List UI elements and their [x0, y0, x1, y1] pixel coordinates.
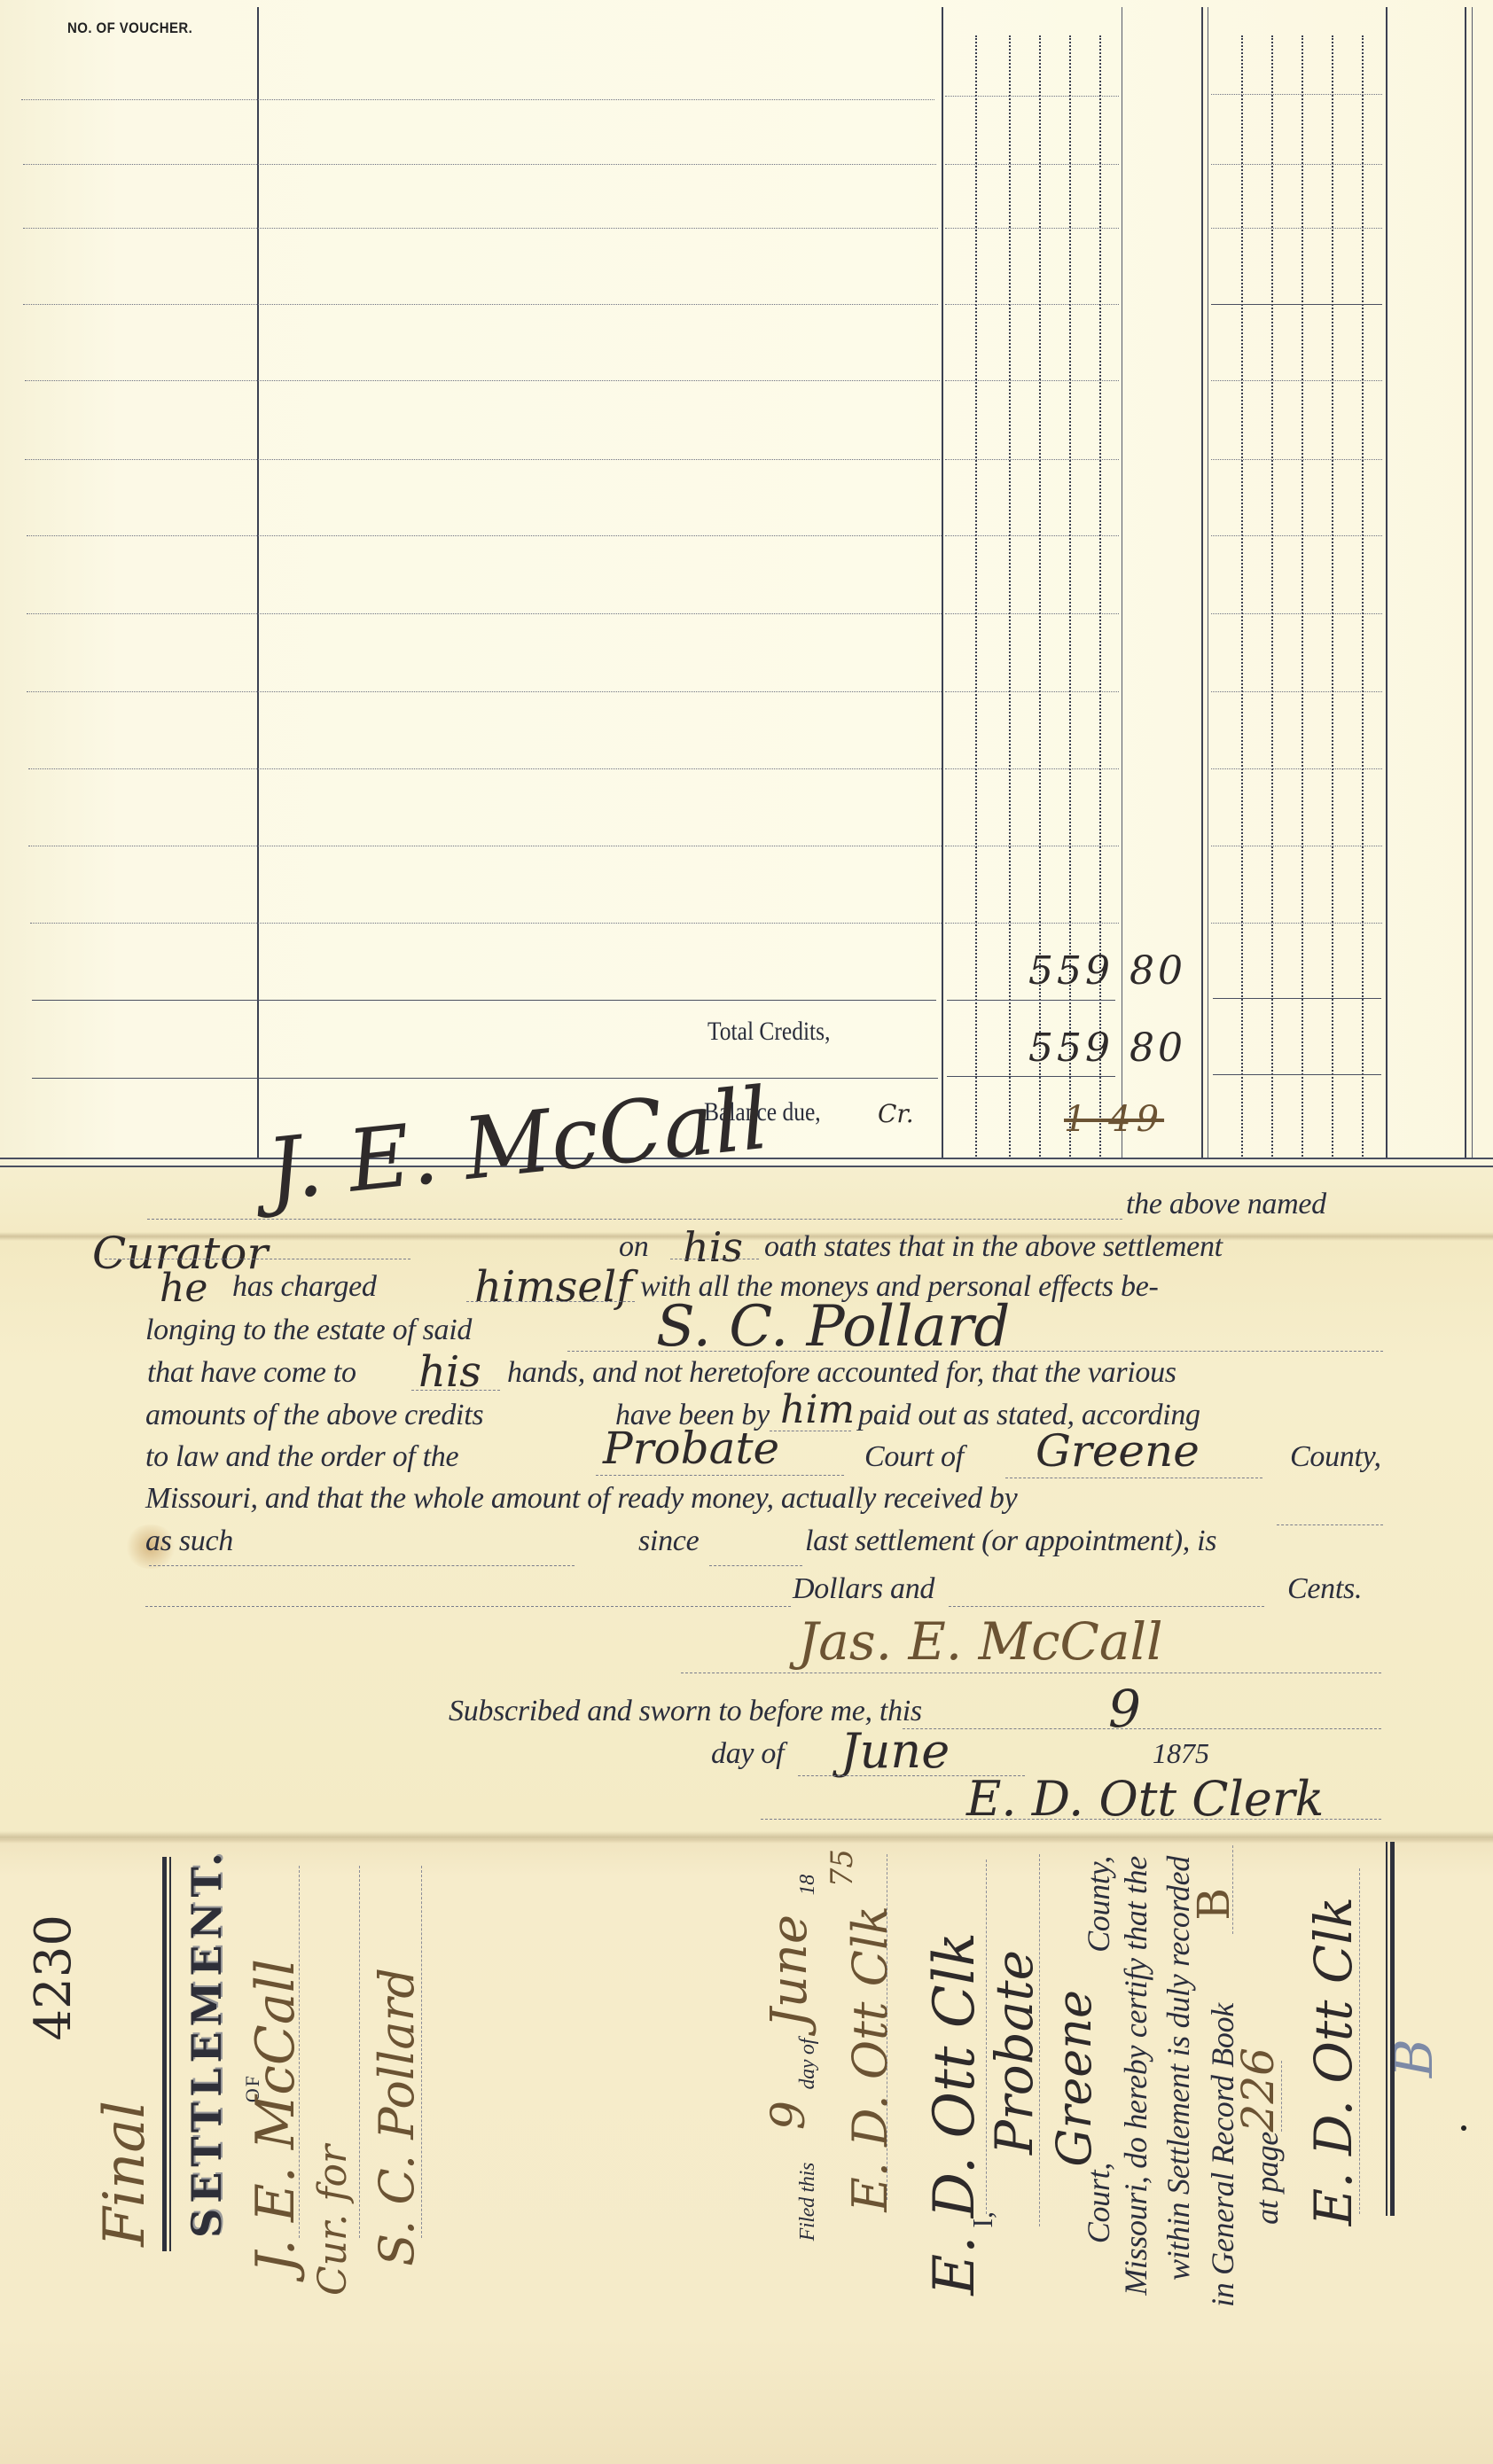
filed-month: June [761, 1914, 818, 2028]
final-note: Final [92, 2101, 158, 2247]
cert-court-handwritten: Probate [984, 1950, 1044, 2155]
oath-text: County, [1290, 1440, 1381, 1474]
oath-text: Court of [864, 1440, 964, 1474]
amount-digit-guide [1009, 35, 1011, 1157]
cert-text: Missouri, do hereby certify that the [1117, 1856, 1154, 2296]
affiant-signature: Jas. E. McCall [798, 1611, 1163, 1672]
oath-text: hands, and not heretofore accounted for,… [507, 1356, 1176, 1390]
blank-line [466, 1301, 635, 1302]
estate-name-handwritten: S. C. Pollard [656, 1294, 1010, 1360]
settler-name: J. E. McCall [245, 1959, 307, 2273]
balance-due-amount: 1 49 [1064, 1099, 1164, 1140]
filed-label: Filed this [796, 2163, 820, 2241]
cert-clerk-final-signature: E. D. Ott Clk [1303, 1897, 1364, 2226]
ink-dot [1461, 2125, 1466, 2131]
estate-name: S. C. Pollard [369, 1968, 425, 2266]
amount-digit-guide [1271, 35, 1273, 1157]
oath-text: last settlement (or appointment), is [805, 1524, 1216, 1558]
signature-line [681, 1673, 1381, 1673]
blank-line [1277, 1524, 1383, 1525]
oath-text: has charged [232, 1270, 377, 1304]
cert-text: at page [1248, 2132, 1286, 2225]
settlement-title: SETTLEMENT. [183, 1888, 231, 2238]
voucher-column-header: NO. OF VOUCHER. [67, 19, 192, 37]
total-credits-label: Total Credits, [707, 1017, 830, 1047]
blank-line [105, 1259, 410, 1259]
filed-day: 9 [762, 2101, 816, 2130]
amount-digit-guide [1301, 35, 1303, 1157]
pronoun-handwritten: he [160, 1266, 207, 1311]
file-number: 4230 [25, 1914, 82, 2041]
court-type-handwritten: Probate [603, 1423, 779, 1474]
oath-text: that have come to [147, 1356, 356, 1390]
endorsement-rule [1390, 1842, 1395, 2216]
blank-line [1232, 1845, 1233, 1934]
filed-label: day of [796, 2039, 820, 2090]
oath-text: Cents. [1287, 1572, 1362, 1606]
blank-line [887, 1854, 887, 2200]
pronoun-handwritten: him [780, 1387, 855, 1432]
column-rule [1465, 7, 1466, 1159]
blank-line [359, 1866, 360, 2238]
ledger-sheet [0, 0, 1493, 1166]
filed-year: 18 [796, 1875, 820, 1895]
column-rule [257, 7, 259, 1159]
column-rule [1201, 7, 1203, 1159]
total-credits-amount: 559 80 [1028, 1025, 1186, 1071]
oath-text: Missouri, and that the whole amount of r… [145, 1482, 1017, 1516]
pronoun-handwritten: his [683, 1223, 743, 1271]
column-rule [942, 7, 943, 1159]
title-rule [162, 1857, 167, 2251]
signature-line [761, 1819, 1381, 1820]
column-rule [1386, 7, 1387, 1159]
blank-line [567, 1351, 1383, 1352]
blank-line [596, 1475, 844, 1476]
blank-line [411, 1390, 500, 1391]
fold-crease [0, 1831, 1493, 1844]
signature-line [1359, 1868, 1360, 2214]
blank-line [670, 1259, 759, 1259]
himself-handwritten: himself [474, 1262, 632, 1312]
record-page-handwritten: 226 [1232, 2047, 1284, 2132]
oath-text: Dollars and [793, 1572, 934, 1606]
oath-text: amounts of the above credits [145, 1399, 483, 1432]
amount-digit-guide [1362, 35, 1364, 1157]
blank-line [1281, 2061, 1282, 2132]
title-rule [169, 1857, 171, 2251]
balance-due-credit-mark: Cr. [878, 1099, 914, 1128]
blank-line [147, 1219, 1122, 1220]
sworn-month-handwritten: June [840, 1723, 950, 1779]
cert-text: Court, [1080, 2163, 1117, 2243]
oath-text: since [638, 1524, 699, 1558]
cert-county-handwritten: Greene [1046, 1990, 1102, 2167]
blank-line [903, 1728, 1381, 1729]
blank-line [949, 1606, 1264, 1607]
filed-year: 75 [825, 1849, 860, 1887]
settler-role: Cur. for [310, 2145, 356, 2296]
oath-text: as such [145, 1524, 233, 1558]
subtotal-amount: 559 80 [1028, 948, 1186, 994]
oath-text: to law and the order of the [145, 1440, 458, 1474]
column-rule [1208, 7, 1208, 1159]
oath-text: longing to the estate of said [145, 1314, 472, 1347]
filed-clerk-signature: E. D. Ott Clk [842, 1906, 898, 2212]
blank-line [1005, 1478, 1262, 1478]
blank-line [149, 1565, 575, 1566]
cert-clerk-signature: E. D. Ott Clk [922, 1932, 988, 2296]
blank-line [986, 1860, 987, 2214]
blank-line [770, 1431, 851, 1431]
endorsement-rule [1386, 1842, 1387, 2216]
sworn-day-handwritten: 9 [1108, 1679, 1141, 1739]
amount-digit-guide [1241, 35, 1243, 1157]
oath-text: on [619, 1230, 648, 1264]
cert-text: County, [1080, 1856, 1117, 1953]
blank-line [145, 1606, 791, 1607]
amount-digit-guide [1332, 35, 1333, 1157]
county-handwritten: Greene [1036, 1425, 1200, 1477]
sworn-year: 1875 [1153, 1737, 1209, 1770]
jurat-text: day of [711, 1737, 784, 1771]
blank-line [709, 1565, 802, 1566]
amount-digit-guide [975, 35, 977, 1157]
column-rule [1472, 7, 1473, 1159]
above-named-text: the above named [1126, 1188, 1326, 1221]
oath-text: oath states that in the above settlement [764, 1230, 1223, 1264]
blank-line [1039, 1854, 1040, 2226]
